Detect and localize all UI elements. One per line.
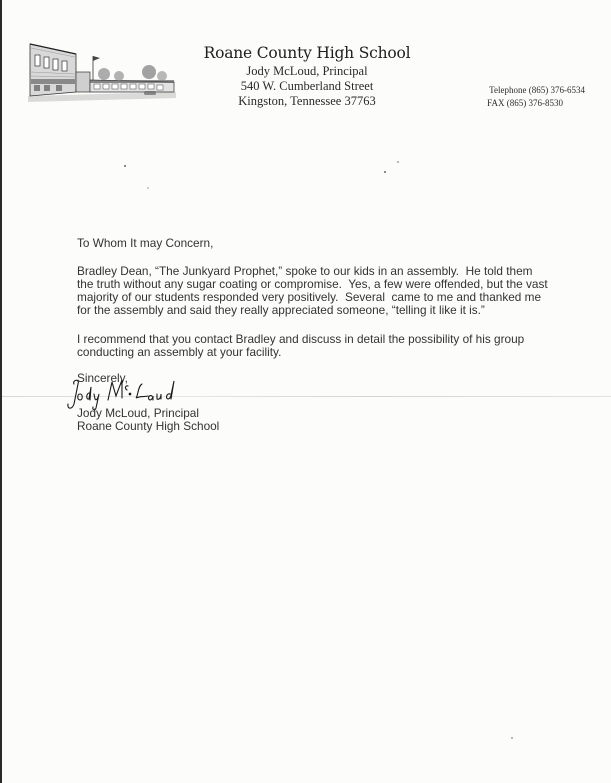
signer-organization: Roane County High School bbox=[77, 420, 607, 433]
scan-speck bbox=[124, 165, 126, 167]
paragraph-line: for the assembly and said they really ap… bbox=[77, 304, 607, 317]
school-name: Roane County High School bbox=[192, 44, 422, 62]
letter-page: Roane County High School Jody McLoud, Pr… bbox=[0, 0, 611, 783]
city-state-zip: Kingston, Tennessee 37763 bbox=[192, 94, 422, 109]
salutation: To Whom It may Concern, bbox=[77, 237, 607, 250]
scan-speck bbox=[397, 161, 399, 163]
scan-speck bbox=[511, 737, 513, 739]
telephone: Telephone (865) 376-6534 bbox=[425, 85, 585, 95]
paragraph-line: conducting an assembly at your facility. bbox=[77, 346, 607, 359]
principal-line: Jody McLoud, Principal bbox=[192, 64, 422, 79]
street-address: 540 W. Cumberland Street bbox=[192, 79, 422, 94]
scan-speck bbox=[147, 187, 149, 189]
scan-speck bbox=[384, 171, 386, 173]
fax: FAX (865) 376-8530 bbox=[403, 98, 563, 108]
school-building-icon bbox=[26, 36, 178, 104]
